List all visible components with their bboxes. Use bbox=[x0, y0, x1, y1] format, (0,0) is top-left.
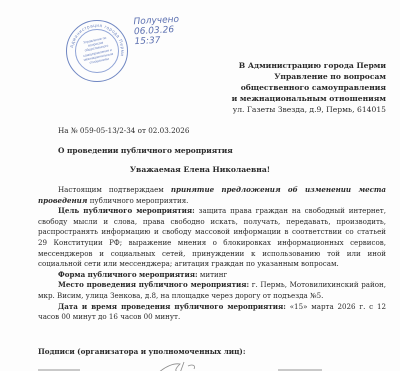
addressee-line: В Администрацию города Перми bbox=[232, 60, 386, 71]
addressee-line: и межнациональным отношениям bbox=[232, 93, 386, 104]
official-stamp: Администрация города Перми Управление по… bbox=[66, 20, 128, 82]
place-paragraph: Место проведения публичного мероприятия:… bbox=[38, 280, 386, 301]
signature-scrawl-icon bbox=[156, 360, 216, 371]
received-note-line: 15:37 bbox=[134, 35, 180, 47]
received-note: Получено 06.03.26 15:37 bbox=[133, 15, 180, 47]
document-page: Администрация города Перми Управление по… bbox=[0, 0, 400, 371]
purpose-paragraph: Цель публичного мероприятия: защита прав… bbox=[38, 206, 386, 270]
reference-number: На № 059-05-13/2-34 от 02.03.2026 bbox=[58, 126, 189, 135]
addressee-line: общественного самоуправления bbox=[232, 82, 386, 93]
datetime-label: Дата и время проведения публичного мероп… bbox=[58, 302, 286, 311]
addressee-address: ул. Газеты Звезда, д.9, Пермь, 614015 bbox=[232, 104, 386, 115]
purpose-label: Цель публичного мероприятия: bbox=[58, 206, 195, 215]
intro-paragraph: Настоящим подтверждаем принятие предложе… bbox=[38, 185, 386, 206]
datetime-paragraph: Дата и время проведения публичного мероп… bbox=[38, 302, 386, 323]
letter-subject: О проведении публичного мероприятия bbox=[58, 146, 233, 155]
signature-row bbox=[38, 366, 388, 371]
stamp-inner-text: Управление по вопросам общественного сам… bbox=[77, 35, 117, 67]
addressee-line: Управление по вопросам bbox=[232, 71, 386, 82]
signatures-heading: Подписи (организатора и уполномоченных л… bbox=[38, 347, 245, 356]
place-label: Место проведения публичного мероприятия: bbox=[58, 280, 249, 289]
addressee-block: В Администрацию города Перми Управление … bbox=[232, 60, 386, 115]
letter-body: Настоящим подтверждаем принятие предложе… bbox=[38, 185, 386, 323]
form-label: Форма публичного мероприятия: bbox=[58, 270, 198, 279]
greeting: Уважаемая Елена Николаевна! bbox=[0, 165, 400, 174]
form-paragraph: Форма публичного мероприятия: митинг bbox=[38, 270, 386, 281]
stamp-center: Управление по вопросам общественного сам… bbox=[75, 29, 119, 73]
